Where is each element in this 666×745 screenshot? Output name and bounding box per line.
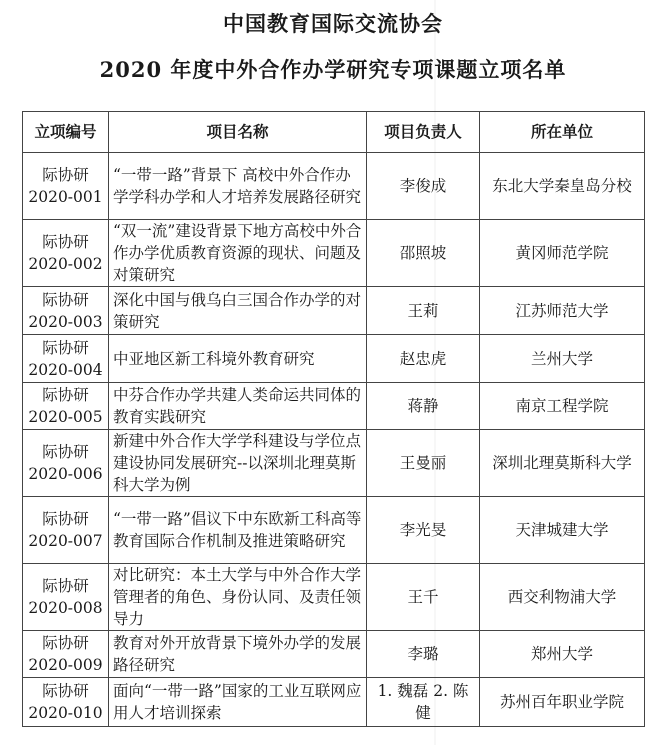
project-code-cell: 际协研2020-003 (23, 287, 109, 335)
institution-cell: 兰州大学 (480, 335, 645, 383)
table-row: 际协研2020-009 教育对外开放背景下境外办学的发展路径研究 李璐 郑州大学 (23, 631, 645, 678)
header-project-code: 立项编号 (23, 112, 109, 153)
institution-cell: 郑州大学 (480, 631, 645, 678)
project-lead-cell: 王千 (367, 564, 480, 631)
project-name-cell: “一带一路”倡议下中东欧新工科高等教育国际合作机制及推进策略研究 (109, 497, 367, 564)
project-name-cell: 中芬合作办学共建人类命运共同体的教育实践研究 (109, 383, 367, 430)
institution-cell: 南京工程学院 (480, 383, 645, 430)
project-code-cell: 际协研2020-006 (23, 430, 109, 497)
project-lead-cell: 蒋静 (367, 383, 480, 430)
project-name-cell: 面向“一带一路”国家的工业互联网应用人才培训探索 (109, 678, 367, 727)
project-code-cell: 际协研2020-001 (23, 153, 109, 220)
institution-cell: 天津城建大学 (480, 497, 645, 564)
table-row: 际协研2020-006 新建中外合作大学学科建设与学位点建设协同发展研究--以深… (23, 430, 645, 497)
institution-cell: 东北大学秦皇岛分校 (480, 153, 645, 220)
institution-cell: 江苏师范大学 (480, 287, 645, 335)
project-code-cell: 际协研2020-007 (23, 497, 109, 564)
project-code-cell: 际协研2020-004 (23, 335, 109, 383)
institution-cell: 苏州百年职业学院 (480, 678, 645, 727)
header-institution: 所在单位 (480, 112, 645, 153)
project-name-cell: “双一流”建设背景下地方高校中外合作办学优质教育资源的现状、问题及对策研究 (109, 220, 367, 287)
project-code-cell: 际协研2020-008 (23, 564, 109, 631)
project-list-table: 立项编号 项目名称 项目负责人 所在单位 际协研2020-001 “一带一路”背… (22, 111, 645, 727)
table-row: 际协研2020-002 “双一流”建设背景下地方高校中外合作办学优质教育资源的现… (23, 220, 645, 287)
institution-cell: 黄冈师范学院 (480, 220, 645, 287)
document-subtitle: 2020 年度中外合作办学研究专项课题立项名单 (0, 54, 666, 84)
table-row: 际协研2020-007 “一带一路”倡议下中东欧新工科高等教育国际合作机制及推进… (23, 497, 645, 564)
project-code-cell: 际协研2020-002 (23, 220, 109, 287)
project-name-cell: 对比研究：本土大学与中外合作大学管理者的角色、身份认同、及责任领导力 (109, 564, 367, 631)
project-lead-cell: 赵忠虎 (367, 335, 480, 383)
table-row: 际协研2020-005 中芬合作办学共建人类命运共同体的教育实践研究 蒋静 南京… (23, 383, 645, 430)
project-lead-cell: 王莉 (367, 287, 480, 335)
project-name-cell: 中亚地区新工科境外教育研究 (109, 335, 367, 383)
project-lead-cell: 李璐 (367, 631, 480, 678)
project-name-cell: 教育对外开放背景下境外办学的发展路径研究 (109, 631, 367, 678)
project-lead-cell: 李光旻 (367, 497, 480, 564)
project-name-cell: 深化中国与俄乌白三国合作办学的对策研究 (109, 287, 367, 335)
project-lead-cell: 邵照坡 (367, 220, 480, 287)
document-title: 中国教育国际交流协会 (0, 8, 666, 38)
project-lead-cell: 李俊成 (367, 153, 480, 220)
institution-cell: 西交利物浦大学 (480, 564, 645, 631)
institution-cell: 深圳北理莫斯科大学 (480, 430, 645, 497)
project-lead-cell: 王曼丽 (367, 430, 480, 497)
table-row: 际协研2020-010 面向“一带一路”国家的工业互联网应用人才培训探索 1. … (23, 678, 645, 727)
table-row: 际协研2020-001 “一带一路”背景下 高校中外合作办学学科办学和人才培养发… (23, 153, 645, 220)
project-code-cell: 际协研2020-010 (23, 678, 109, 727)
project-name-cell: “一带一路”背景下 高校中外合作办学学科办学和人才培养发展路径研究 (109, 153, 367, 220)
project-lead-cell: 1. 魏磊 2. 陈健 (367, 678, 480, 727)
table-row: 际协研2020-008 对比研究：本土大学与中外合作大学管理者的角色、身份认同、… (23, 564, 645, 631)
table-row: 际协研2020-003 深化中国与俄乌白三国合作办学的对策研究 王莉 江苏师范大… (23, 287, 645, 335)
header-project-name: 项目名称 (109, 112, 367, 153)
table-row: 际协研2020-004 中亚地区新工科境外教育研究 赵忠虎 兰州大学 (23, 335, 645, 383)
table-header-row: 立项编号 项目名称 项目负责人 所在单位 (23, 112, 645, 153)
project-code-cell: 际协研2020-009 (23, 631, 109, 678)
header-project-lead: 项目负责人 (367, 112, 480, 153)
project-name-cell: 新建中外合作大学学科建设与学位点建设协同发展研究--以深圳北理莫斯科大学为例 (109, 430, 367, 497)
project-code-cell: 际协研2020-005 (23, 383, 109, 430)
